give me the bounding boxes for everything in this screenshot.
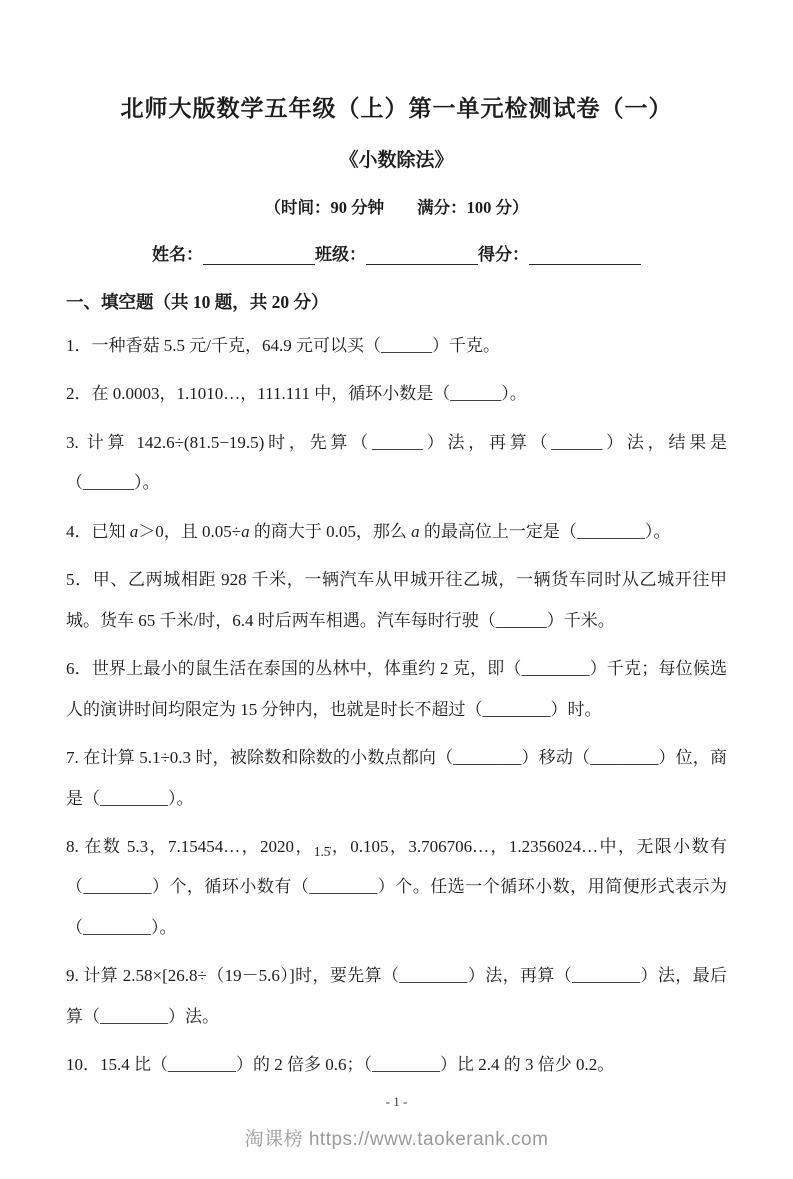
math-variable: a xyxy=(241,522,250,541)
recurring-decimal: 1.5̇ xyxy=(314,844,331,859)
question-6: 6．世界上最小的鼠生活在泰国的丛林中，体重约 2 克，即（________）千克… xyxy=(66,649,727,730)
question-text-segment: 1．一种香菇 5.5 元/千克，64.9 元可以买（______）千克。 xyxy=(66,336,500,355)
class-blank-line xyxy=(366,245,478,265)
math-variable: a xyxy=(130,522,139,541)
question-10: 10．15.4 比（________）的 2 倍多 0.6；（________）… xyxy=(66,1045,727,1085)
name-blank-line xyxy=(203,245,315,265)
question-text-segment: 的商大于 0.05，那么 xyxy=(250,522,412,541)
question-text-segment: 7. 在计算 5.1÷0.3 时，被除数和除数的小数点都向（________）移… xyxy=(66,748,727,807)
question-text-segment: 10．15.4 比（________）的 2 倍多 0.6；（________）… xyxy=(66,1055,614,1074)
question-text-segment: 2．在 0.0003，1.1010…，111.111 中，循环小数是（_____… xyxy=(66,384,527,403)
math-variable: a xyxy=(411,522,420,541)
question-text-segment: 5．甲、乙两城相距 928 千米，一辆汽车从甲城开往乙城，一辆货车同时从乙城开往… xyxy=(66,570,727,629)
question-1: 1．一种香菇 5.5 元/千克，64.9 元可以买（______）千克。 xyxy=(66,326,727,366)
question-8: 8. 在数 5.3，7.15454…，2020，1.5̇，0.105，3.706… xyxy=(66,827,727,948)
exam-page: 北师大版数学五年级（上）第一单元检测试卷（一） 《小数除法》 （时间：90 分钟… xyxy=(0,0,793,1179)
student-info-row: 姓名： 班级： 得分： xyxy=(66,240,727,265)
score-label: 得分： xyxy=(478,240,529,265)
question-text-segment: 3. 计算 142.6÷(81.5−19.5)时，先算（______）法，再算（… xyxy=(66,433,727,492)
question-2: 2．在 0.0003，1.1010…，111.111 中，循环小数是（_____… xyxy=(66,374,727,414)
exam-meta-line: （时间：90 分钟 满分：100 分） xyxy=(66,194,727,218)
question-4: 4．已知 a＞0，且 0.05÷a 的商大于 0.05，那么 a 的最高位上一定… xyxy=(66,512,727,552)
question-9: 9. 计算 2.58×[26.8÷（19－5.6）]时，要先算（________… xyxy=(66,956,727,1037)
class-label: 班级： xyxy=(315,240,366,265)
question-text-segment: 6．世界上最小的鼠生活在泰国的丛林中，体重约 2 克，即（________）千克… xyxy=(66,659,727,718)
section-heading-fill-in-blanks: 一、填空题（共 10 题，共 20 分） xyxy=(66,289,727,314)
question-text-segment: 9. 计算 2.58×[26.8÷（19－5.6）]时，要先算（________… xyxy=(66,966,727,1025)
page-subtitle: 《小数除法》 xyxy=(66,145,727,172)
score-field: 得分： xyxy=(478,240,641,265)
question-list: 1．一种香菇 5.5 元/千克，64.9 元可以买（______）千克。2．在 … xyxy=(66,326,727,1094)
question-text-segment: ＞0，且 0.05÷ xyxy=(138,522,241,541)
question-5: 5．甲、乙两城相距 928 千米，一辆汽车从甲城开往乙城，一辆货车同时从乙城开往… xyxy=(66,560,727,641)
page-title: 北师大版数学五年级（上）第一单元检测试卷（一） xyxy=(66,90,727,123)
question-3: 3. 计算 142.6÷(81.5−19.5)时，先算（______）法，再算（… xyxy=(66,423,727,504)
question-text-segment: 的最高位上一定是（________）。 xyxy=(420,522,671,541)
site-credit: 淘课榜 https://www.taokerank.com xyxy=(66,1124,727,1159)
score-blank-line xyxy=(529,245,641,265)
question-text-segment: 4．已知 xyxy=(66,522,130,541)
name-field: 姓名： xyxy=(152,240,315,265)
page-number: - 1 - xyxy=(66,1094,727,1110)
question-text-segment: 8. 在数 5.3，7.15454…，2020， xyxy=(66,837,314,856)
question-7: 7. 在计算 5.1÷0.3 时，被除数和除数的小数点都向（________）移… xyxy=(66,738,727,819)
name-label: 姓名： xyxy=(152,240,203,265)
page-footer: - 1 - 淘课榜 https://www.taokerank.com xyxy=(66,1094,727,1159)
class-field: 班级： xyxy=(315,240,478,265)
